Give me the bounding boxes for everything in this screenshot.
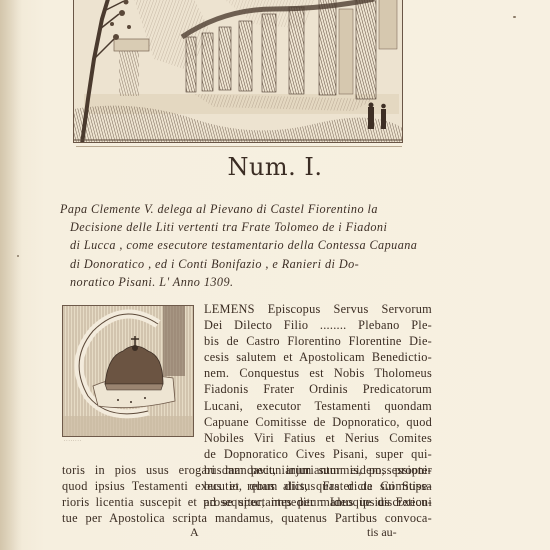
body-line: rioris licentia suscepit et prosequitur,… xyxy=(62,494,432,510)
engraving-illustration-icon xyxy=(74,0,403,143)
body-line: Dei Dilecto Filio ........ Plebano Ple- xyxy=(204,317,432,333)
letter-body-full-width: toris in pios usus erogari mandavit, inj… xyxy=(62,462,432,526)
body-line: Capuane Comitisse de Dopnoratico, quod xyxy=(204,414,432,430)
paper-speck xyxy=(513,16,516,18)
body-line: Fiadonis Frater Ordinis Predicatorum xyxy=(204,381,432,397)
body-line: toris in pios usus erogari mandavit, inj… xyxy=(62,462,432,478)
document-number-heading: Num. I. xyxy=(0,153,550,181)
body-line: LEMENS Episcopus Servus Servorum xyxy=(204,301,432,317)
plate-rule xyxy=(76,146,402,147)
body-line: Nobiles Viri Fatius et Nerius Comites xyxy=(204,430,432,446)
summary-line: Papa Clemente V. delega al Pievano di Ca… xyxy=(60,200,432,218)
summary-line: di Donoratico , ed i Conti Bonifazio , e… xyxy=(60,255,432,273)
summary-line: noratico Pisani. L' Anno 1309. xyxy=(60,273,432,291)
body-line: tue per Apostolica scripta mandamus, qua… xyxy=(62,510,432,526)
aqueduct-engraving xyxy=(73,0,403,143)
body-line: quod ipsius Testamenti executio, quam di… xyxy=(62,478,432,494)
initial-engraver-caption: ........ xyxy=(64,438,82,443)
summary-line: Decisione delle Liti vertenti tra Frate … xyxy=(60,218,432,236)
summary-line: di Lucca , come esecutore testamentario … xyxy=(60,236,432,254)
paper-speck xyxy=(17,255,19,257)
signature-mark: A xyxy=(190,525,199,540)
catchword: tis au- xyxy=(367,525,397,540)
crown-initial-icon xyxy=(63,306,194,437)
decorated-initial-c xyxy=(62,305,194,437)
document-summary: Papa Clemente V. delega al Pievano di Ca… xyxy=(60,200,432,291)
body-line: bis de Castro Florentino Florentine Die- xyxy=(204,333,432,349)
body-line: de Dopnoratico Cives Pisani, super qui- xyxy=(204,446,432,462)
body-line: cesis salutem et Apostolicam Benedictio- xyxy=(204,349,432,365)
body-line: nem. Conquestus est Nobis Tholomeus xyxy=(204,365,432,381)
body-line: Lucani, executor Testamenti quondam xyxy=(204,398,432,414)
book-gutter-shadow xyxy=(0,0,22,550)
